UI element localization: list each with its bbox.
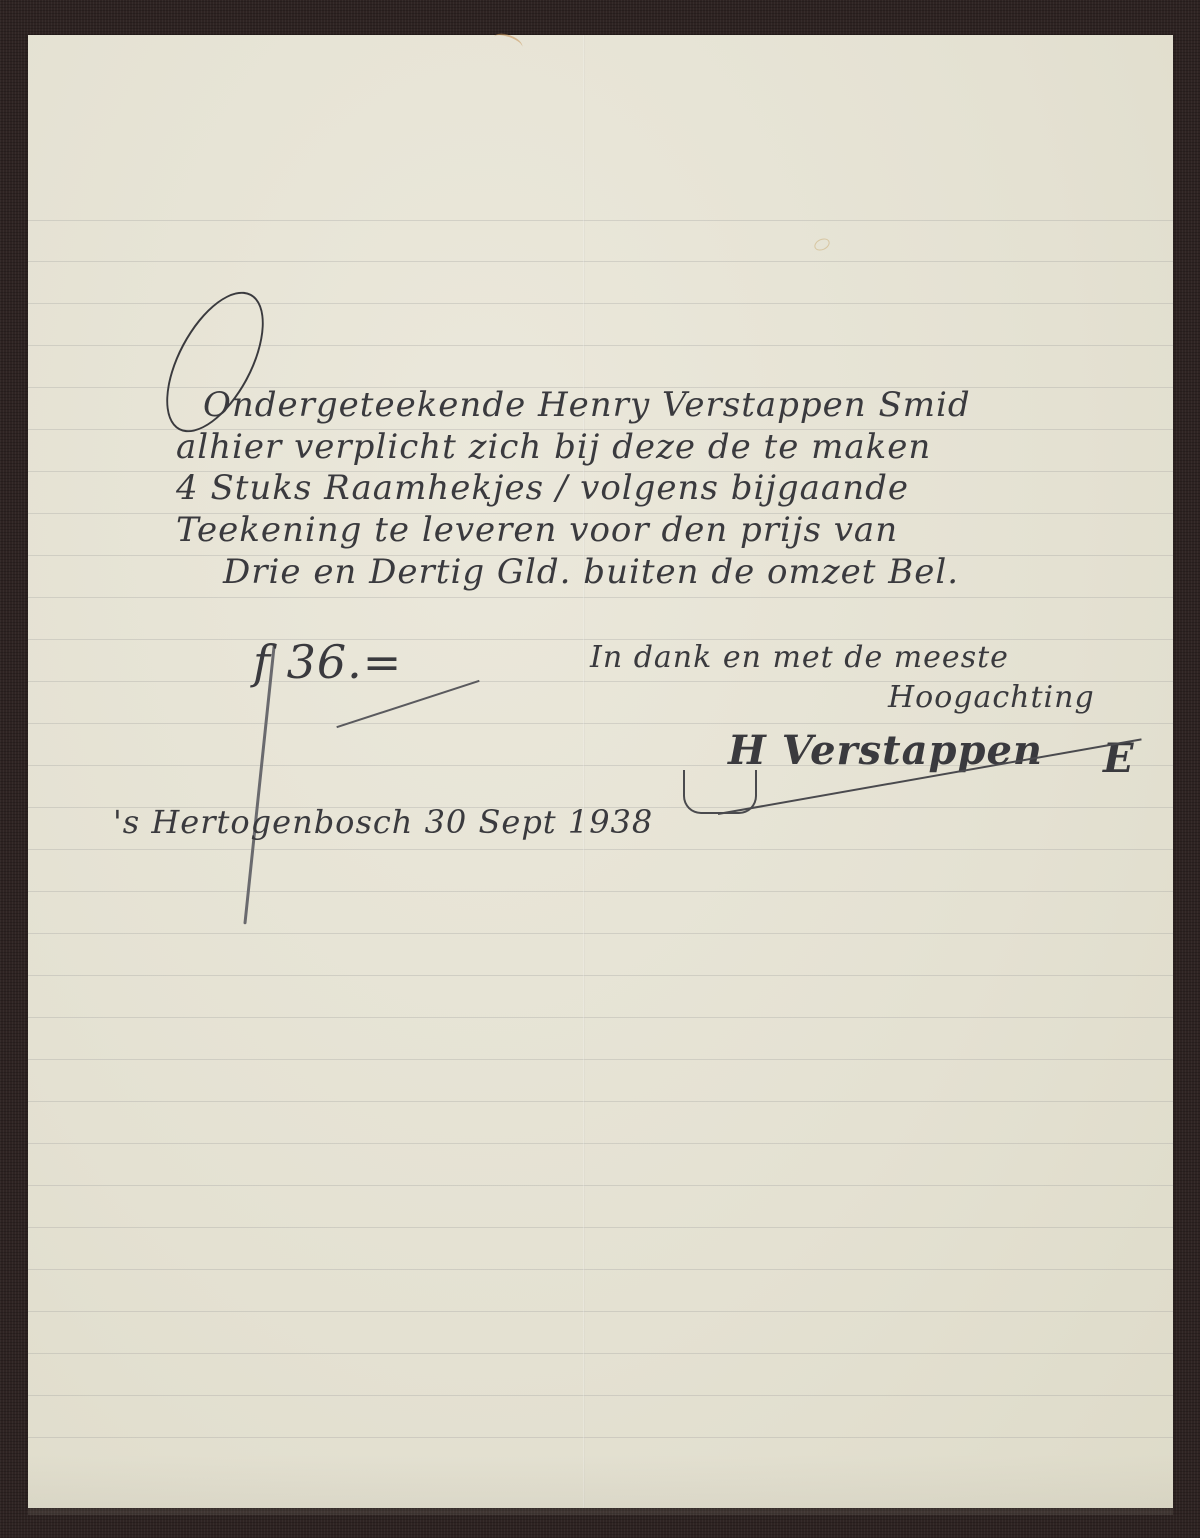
ruled-line — [28, 933, 1173, 934]
ruled-line — [28, 723, 1173, 724]
ruled-line — [28, 1353, 1173, 1354]
ruled-line — [28, 1017, 1173, 1018]
paper-fold-crease — [583, 35, 585, 1508]
body-line-4: Teekening te leveren voor den prijs van — [176, 510, 898, 550]
amount: f 36.= — [253, 635, 402, 689]
signature: H Verstappen — [728, 727, 1043, 774]
closing-line-2: Hoogachting — [888, 680, 1095, 715]
ruled-line — [28, 1437, 1173, 1438]
ruled-line — [28, 303, 1173, 304]
body-line-5: Drie en Dertig Gld. buiten de omzet Bel. — [223, 552, 959, 592]
paper-stain — [812, 236, 831, 253]
paper-stain — [492, 30, 525, 53]
ruled-line — [28, 597, 1173, 598]
ruled-line — [28, 1059, 1173, 1060]
ruled-line — [28, 1101, 1173, 1102]
body-line-3: 4 Stuks Raamhekjes / volgens bijgaande — [176, 468, 909, 508]
body-line-2: alhier verplicht zich bij deze de te mak… — [176, 427, 931, 467]
ruled-line — [28, 975, 1173, 976]
ruled-line — [28, 891, 1173, 892]
ruled-line — [28, 220, 1173, 221]
ruled-line — [28, 261, 1173, 262]
ruled-line — [28, 849, 1173, 850]
body-line-1: Ondergeteekende Henry Verstappen Smid — [203, 385, 971, 425]
place-date: 's Hertogenbosch 30 Sept 1938 — [113, 803, 653, 841]
ruled-line — [28, 1143, 1173, 1144]
ruled-line — [28, 1227, 1173, 1228]
ruled-line — [28, 1395, 1173, 1396]
closing-line-1: In dank en met de meeste — [590, 640, 1009, 675]
paper-sheet: Ondergeteekende Henry Verstappen Smid al… — [28, 35, 1173, 1508]
ruled-line — [28, 1311, 1173, 1312]
paper-curl-shadow — [28, 1455, 1173, 1515]
ruled-line — [28, 1269, 1173, 1270]
ruled-line — [28, 1185, 1173, 1186]
